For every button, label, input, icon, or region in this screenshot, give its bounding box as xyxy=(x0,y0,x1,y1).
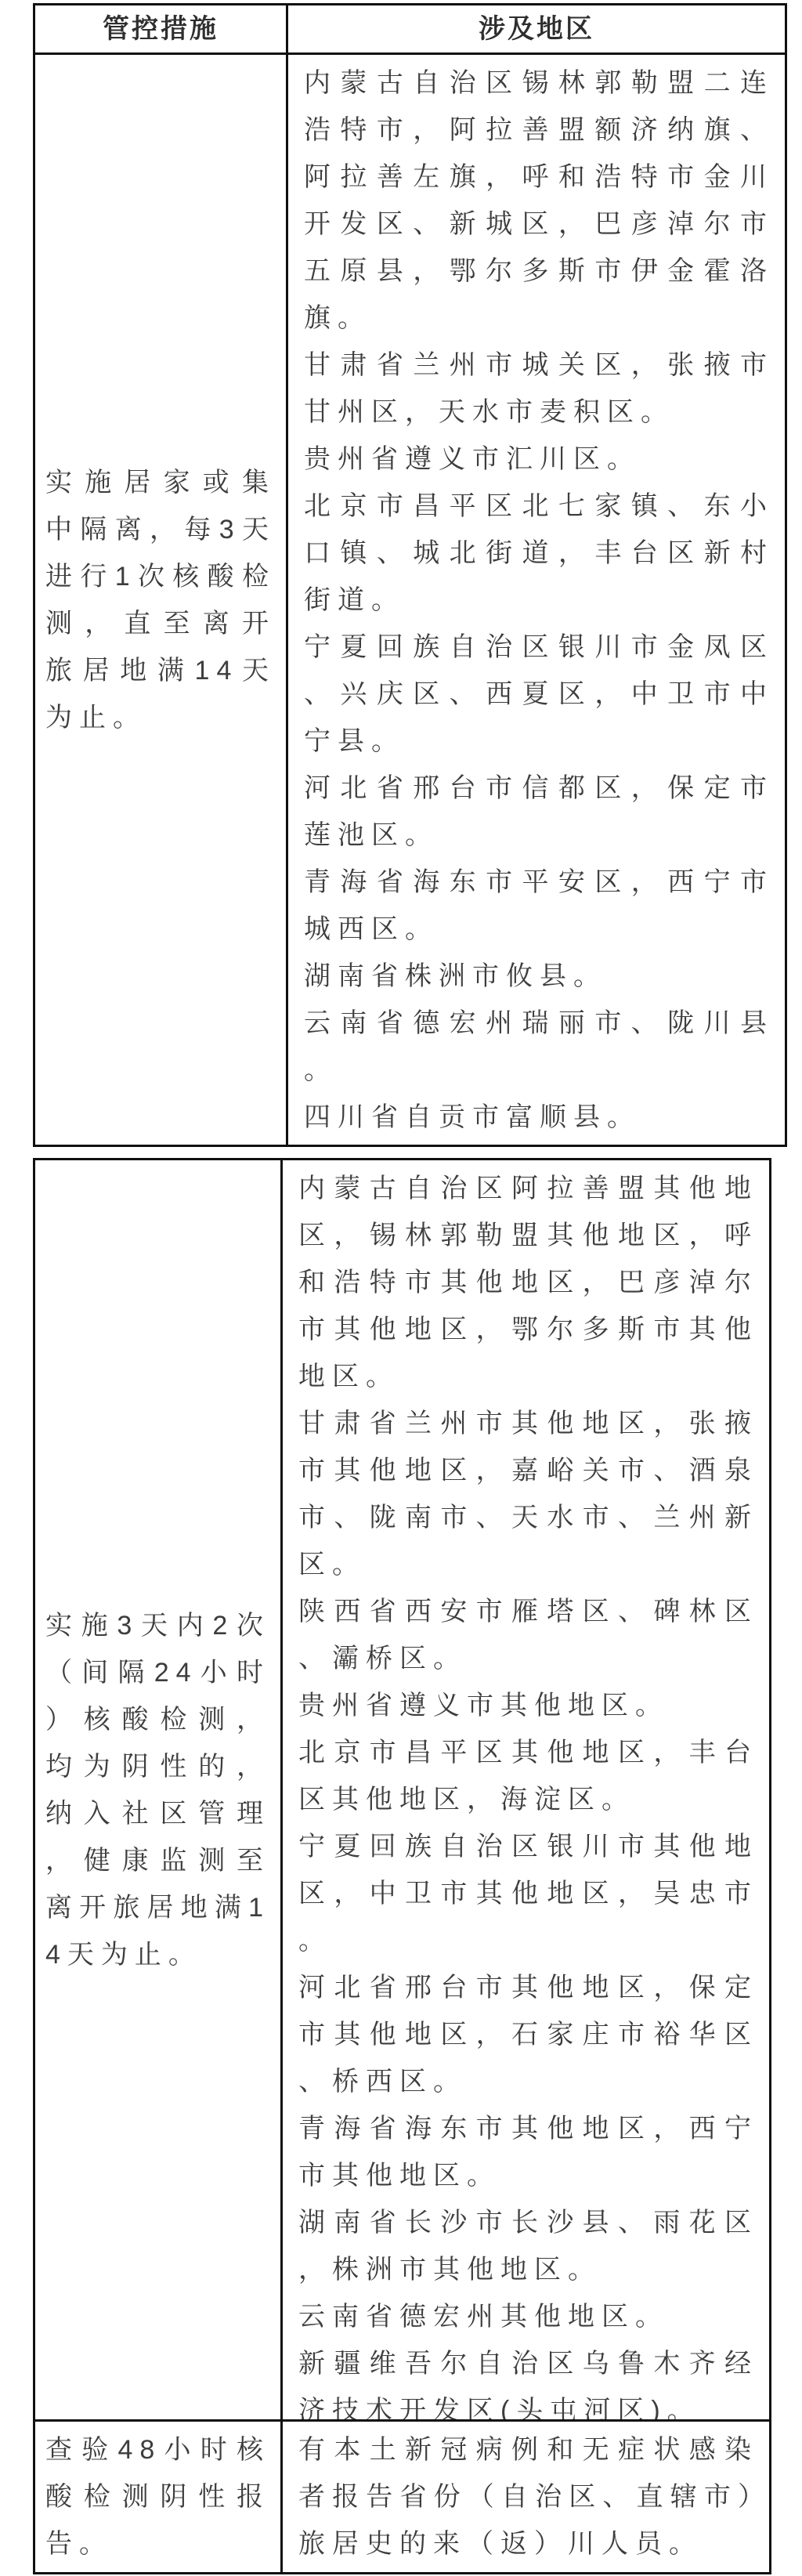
measure-cell-testing: 实施3天内2次（间隔24小时）核酸检测，均为阴性的，纳入社区管理，健康监测至离开… xyxy=(35,1160,280,2419)
region-entry: 四川省自贡市富顺县。 xyxy=(304,1094,774,1141)
region-entry: 宁夏回族自治区银川市金凤区、兴庆区、西夏区，中卫市中宁县。 xyxy=(304,624,774,765)
regions-cell-testing: 内蒙古自治区阿拉善盟其他地区，锡林郭勒盟其他地区，呼和浩特市其他地区，巴彦淖尔市… xyxy=(280,1160,769,2419)
regions-column-header: 涉及地区 xyxy=(286,5,785,52)
region-entry: 贵州省遵义市汇川区。 xyxy=(304,436,774,483)
table-row-testing: 实施3天内2次（间隔24小时）核酸检测，均为阴性的，纳入社区管理，健康监测至离开… xyxy=(35,1160,769,2419)
region-entry: 河北省邢台市信都区，保定市莲池区。 xyxy=(304,765,774,859)
region-entry: 内蒙古自治区锡林郭勒盟二连浩特市，阿拉善盟额济纳旗、阿拉善左旗，呼和浩特市金川开… xyxy=(304,60,774,342)
control-table-upper: 管控措施 涉及地区 实施居家或集中隔离，每3天进行1次核酸检测，直至离开旅居地满… xyxy=(33,3,787,1147)
header-row: 管控措施 涉及地区 xyxy=(35,5,785,52)
region-entry: 北京市昌平区北七家镇、东小口镇、城北街道，丰台区新村街道。 xyxy=(304,483,774,624)
table-row-quarantine: 实施居家或集中隔离，每3天进行1次核酸检测，直至离开旅居地满14天为止。 内蒙古… xyxy=(35,52,785,1145)
regions-cell-quarantine: 内蒙古自治区锡林郭勒盟二连浩特市，阿拉善盟额济纳旗、阿拉善左旗，呼和浩特市金川开… xyxy=(286,55,785,1145)
region-entry: 湖南省株洲市攸县。 xyxy=(304,953,774,1000)
region-entry: 云南省德宏州瑞丽市、陇川县。 xyxy=(304,1000,774,1094)
region-entry: 河北省邢台市其他地区，保定市其他地区，石家庄市裕华区、桥西区。 xyxy=(298,1964,758,2105)
region-entry: 北京市昌平区其他地区，丰台区其他地区，海淀区。 xyxy=(298,1729,758,1823)
measure-column-header: 管控措施 xyxy=(35,5,286,52)
region-entry: 内蒙古自治区阿拉善盟其他地区，锡林郭勒盟其他地区，呼和浩特市其他地区，巴彦淖尔市… xyxy=(298,1165,758,1400)
region-entry: 山东省日照市五莲县。 xyxy=(304,1141,774,1145)
region-entry: 甘肃省兰州市其他地区，张掖市其他地区，嘉峪关市、酒泉市、陇南市、天水市、兰州新区… xyxy=(298,1400,758,1588)
measure-cell-quarantine: 实施居家或集中隔离，每3天进行1次核酸检测，直至离开旅居地满14天为止。 xyxy=(35,55,286,1145)
region-entry: 贵州省遵义市其他地区。 xyxy=(298,1682,758,1729)
region-entry: 宁夏回族自治区银川市其他地区，中卫市其他地区，吴忠市。 xyxy=(298,1823,758,1964)
region-entry: 青海省海东市其他地区，西宁市其他地区。 xyxy=(298,2105,758,2199)
control-table-lower: 实施3天内2次（间隔24小时）核酸检测，均为阴性的，纳入社区管理，健康监测至离开… xyxy=(33,1158,771,2574)
region-entry: 新疆维吾尔自治区乌鲁木齐经济技术开发区(头屯河区)。 xyxy=(298,2340,758,2419)
table-row-report-check: 查验48小时核酸检测阴性报告。 有本土新冠病例和无症状感染者报告省份（自治区、直… xyxy=(35,2419,769,2572)
region-entry: 甘肃省兰州市城关区，张掖市甘州区，天水市麦积区。 xyxy=(304,342,774,436)
page: 管控措施 涉及地区 实施居家或集中隔离，每3天进行1次核酸检测，直至离开旅居地满… xyxy=(0,0,802,2576)
regions-cell-report-check: 有本土新冠病例和无症状感染者报告省份（自治区、直辖市）旅居史的来（返）川人员。 xyxy=(280,2422,769,2572)
measure-text: 实施居家或集中隔离，每3天进行1次核酸检测，直至离开旅居地满14天为止。 xyxy=(45,459,276,741)
measure-cell-report-check: 查验48小时核酸检测阴性报告。 xyxy=(35,2422,280,2572)
measure-text: 实施3天内2次（间隔24小时）核酸检测，均为阴性的，纳入社区管理，健康监测至离开… xyxy=(45,1602,270,1978)
region-entry: 有本土新冠病例和无症状感染者报告省份（自治区、直辖市）旅居史的来（返）川人员。 xyxy=(298,2426,758,2567)
region-entry: 青海省海东市平安区，西宁市城西区。 xyxy=(304,859,774,953)
region-entry: 云南省德宏州其他地区。 xyxy=(298,2293,758,2340)
region-entry: 湖南省长沙市长沙县、雨花区，株洲市其他地区。 xyxy=(298,2199,758,2293)
region-entry: 陕西省西安市雁塔区、碑林区、灞桥区。 xyxy=(298,1588,758,1682)
measure-text: 查验48小时核酸检测阴性报告。 xyxy=(45,2426,270,2567)
